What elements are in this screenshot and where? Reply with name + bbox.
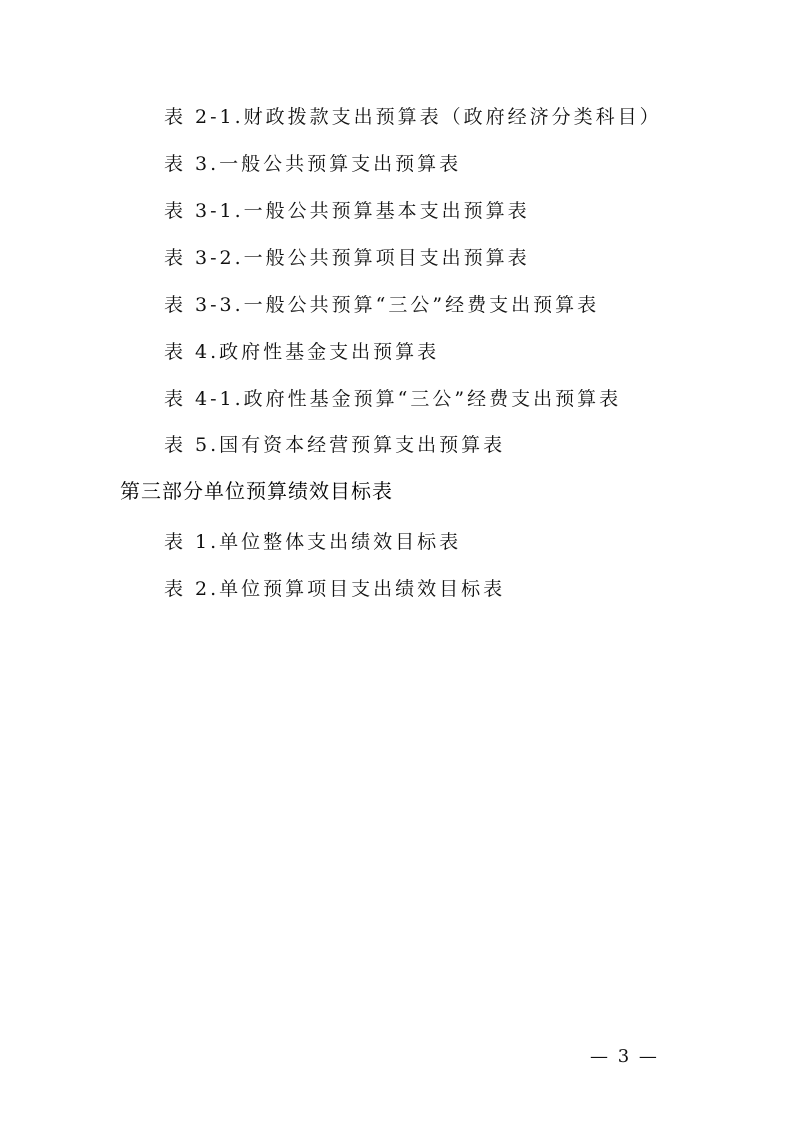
toc-item-table-3-1: 表 3-1.一般公共预算基本支出预算表	[164, 199, 530, 223]
toc-item-table-3-2: 表 3-2.一般公共预算项目支出预算表	[164, 246, 530, 270]
section-heading-part3: 第三部分单位预算绩效目标表	[120, 478, 393, 504]
toc-item-table-2-1: 表 2-1.财政拨款支出预算表（政府经济分类科目）	[164, 105, 662, 129]
toc-item-table-3: 表 3.一般公共预算支出预算表	[164, 152, 461, 176]
page-number: — 3 —	[590, 1046, 659, 1067]
toc-item-table-3-3: 表 3-3.一般公共预算“三公”经费支出预算表	[164, 293, 599, 317]
toc-item-table-4-1: 表 4-1.政府性基金预算“三公”经费支出预算表	[164, 387, 621, 411]
toc-item-table-4: 表 4.政府性基金支出预算表	[164, 340, 439, 364]
toc-item-part3-table-2: 表 2.单位预算项目支出绩效目标表	[164, 577, 505, 601]
toc-item-part3-table-1: 表 1.单位整体支出绩效目标表	[164, 530, 461, 554]
toc-item-table-5: 表 5.国有资本经营预算支出预算表	[164, 433, 505, 457]
